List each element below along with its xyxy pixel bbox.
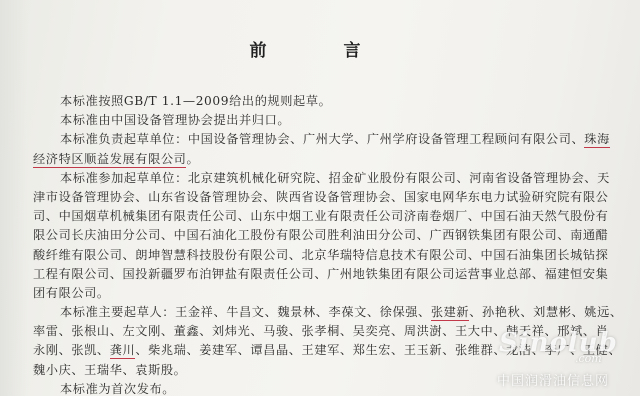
- highlighted-drafter-gong: 龚川: [110, 343, 136, 359]
- line-participating-units-5: 酸纤维有限公司、朗坤智慧科技股份有限公司、北京华瑞特信息技术有限公司、中国石油集…: [33, 246, 593, 265]
- line-main-drafters: 本标准主要起草人：王金祥、牛昌文、魏景林、李葆文、徐保强、张建新、孙艳秋、刘慧彬…: [33, 303, 593, 322]
- drafters-text: 永刚、张凯、: [33, 343, 110, 357]
- line-participating-units-3: 司、中国烟草机械集团有限责任公司、山东中烟工业有限责任公司济南卷烟厂、中国石油天…: [33, 207, 593, 226]
- line-drafting-rules: 本标准按照GB/T 1.1—2009给出的规则起草。: [33, 92, 593, 111]
- watermark: Sinolub .com 中国润滑油信息网: [497, 328, 637, 392]
- main-drafters-text-cont: 、孙艳秋、刘慧彬、姚远、: [469, 305, 622, 319]
- line-proposer: 本标准由中国设备管理协会提出并归口。: [33, 111, 593, 130]
- line-participating-units: 本标准参加起草单位：北京建筑机械化研究院、招金矿业股份有限公司、河南省设备管理协…: [33, 169, 593, 188]
- line-lead-units: 本标准负责起草单位：中国设备管理协会、广州大学、广州学府设备管理工程顾问有限公司…: [33, 130, 593, 149]
- line-lead-units-cont: 经济特区顺益发展有限公司。: [33, 150, 593, 169]
- line-participating-units-7: 团有限公司。: [33, 284, 593, 303]
- line-participating-units-6: 工程有限公司、国投新疆罗布泊钾盐有限责任公司、广州地铁集团有限公司运营事业总部、…: [33, 265, 593, 284]
- line-participating-units-2: 津市设备管理协会、山东省设备管理协会、陕西省设备管理协会、国家电网华东电力试验研…: [33, 188, 593, 207]
- page-title: 前 言: [0, 36, 640, 61]
- line-participating-units-4: 限公司长庆油田分公司、中国石油化工股份有限公司胜利油田分公司、广西钢铁集团有限公…: [33, 226, 593, 245]
- watermark-domain: .com: [575, 352, 602, 365]
- highlighted-company-part2: 经济特区顺益发展有限公司: [33, 152, 186, 168]
- lead-units-text: 本标准负责起草单位：中国设备管理协会、广州大学、广州学府设备管理工程顾问有限公司…: [60, 132, 584, 146]
- main-drafters-text: 本标准主要起草人：王金祥、牛昌文、魏景林、李葆文、徐保强、: [60, 305, 431, 319]
- period: 。: [186, 152, 199, 166]
- highlighted-company-part1: 珠海: [584, 132, 610, 148]
- highlighted-drafter-zhang: 张建新: [431, 305, 469, 321]
- watermark-site-name: 中国润滑油信息网: [497, 370, 609, 389]
